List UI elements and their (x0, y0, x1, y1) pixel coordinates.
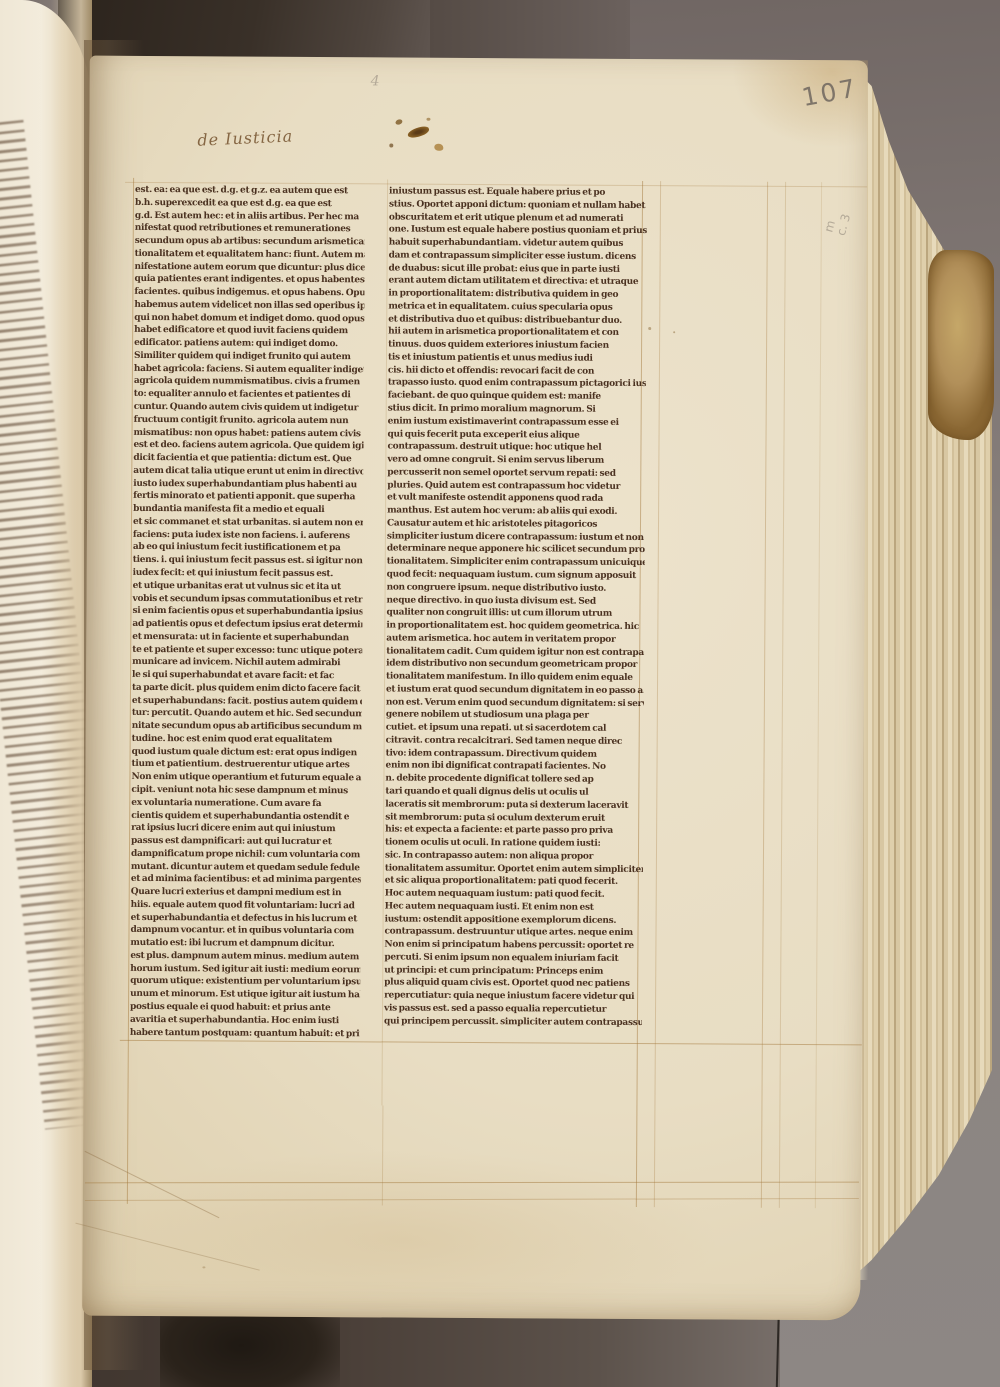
running-header: de Iusticia (197, 126, 294, 149)
ink-blot (407, 125, 431, 139)
parchment-speck (202, 1266, 205, 1268)
text-line: percusserit non semel oportet servum rep… (387, 466, 645, 480)
text-line: Quare lucri exterius et dampni medium es… (131, 886, 361, 900)
text-line: iniustum passus est. Equale habere prius… (389, 185, 647, 199)
text-line: percuti. Si enim ipsum non equalem iniur… (384, 951, 642, 965)
text-line: Hec autem nequaquam iusti. Et enim non e… (385, 900, 643, 914)
pencil-margin-note: m c. 3 (822, 209, 853, 237)
text-line: facientes. quibus indigemus. et opus hab… (134, 286, 364, 300)
text-line: ta parte dicit. plus quidem enim dicto f… (132, 682, 362, 696)
left-text-column: est. ea: ea que est. d.g. et g.z. ea aut… (130, 184, 365, 1041)
text-line: ad patientis opus et defectum ipsius era… (132, 618, 362, 632)
text-line: le si qui superhabundat et avare facit: … (132, 669, 362, 683)
text-line: est. ea: ea que est. d.g. et g.z. ea aut… (135, 184, 365, 198)
text-line: secundum opus ab artibus: secundum arism… (135, 235, 365, 249)
text-line: bundantia manifesta fit a medio et equal… (133, 503, 363, 517)
text-line: passus est dampnificari: aut qui lucratu… (131, 835, 361, 849)
text-line: et utique urbanitas erat ut vulnus sic e… (133, 580, 363, 594)
text-line: enim iustum existimaverint contrapassum … (388, 415, 646, 429)
verso-page-fade (0, 0, 92, 1387)
ruling-line-vertical (654, 181, 661, 1207)
text-line: nitate secundum opus ab artificibus secu… (132, 720, 362, 734)
text-line: quod fecit: nequaquam iustum. cum signum… (387, 568, 645, 582)
ink-blot (395, 118, 403, 125)
text-line: postius equale ei quod habuit: et prius … (130, 1001, 360, 1015)
text-line: tis et iniustum patientis et unus medius… (388, 351, 646, 365)
text-line: et mensurata: ut in faciente et superhab… (132, 631, 362, 645)
text-line: stius. Oportet apponi dictum: quoniam et… (389, 198, 647, 212)
text-line: tari quando et quali dignus delis ut ocu… (385, 785, 643, 799)
text-line: habemus autem videlicet non illas sed op… (134, 299, 364, 313)
text-line: stius dicit. In primo moralium magnorum.… (388, 402, 646, 416)
ink-blot (426, 118, 430, 121)
text-line: cuntur. Quando autem civis quidem ut ind… (134, 401, 364, 415)
pencil-quire-mark: 4 (371, 73, 380, 89)
text-line: qui principem percussit. simpliciter aut… (384, 1015, 642, 1029)
right-text-column: iniustum passus est. Equale habere prius… (384, 185, 647, 1042)
parchment-speck (673, 331, 675, 333)
text-line: iudex fecit: et qui iniustum fecit passu… (133, 567, 363, 581)
text-line: autem dicat talia utique erunt ut enim i… (133, 465, 363, 479)
text-line: Similiter quidem qui indiget frunito qui… (134, 350, 364, 364)
ruling-line-vertical (779, 182, 786, 1208)
text-line (384, 1028, 642, 1042)
text-line: metrica et in equalitatem. cuius specula… (388, 300, 646, 314)
text-line: et iustum erat quod secundum dignitatem … (386, 683, 644, 697)
text-line: cipit. veniunt nota hic sese dampnum et … (131, 784, 361, 798)
parchment-stain (122, 1136, 823, 1310)
text-line: tudine. hoc est enim quod erat equalitat… (132, 733, 362, 747)
text-line: habere tantum postquam: quantum habuit: … (130, 1026, 360, 1040)
text-line: vis passus est. sed a passo equalia repe… (384, 1002, 642, 1016)
text-line: fructuum contigit frunito. agricola aute… (134, 414, 364, 428)
ruling-line-vertical (761, 182, 768, 1208)
text-line: est plus. dampnum autem minus. medium au… (130, 950, 360, 964)
manuscript-photo: { "photo": { "page_number": "107", "runn… (0, 0, 1000, 1387)
text-line: autem arismetica. hoc autem in veritatem… (386, 632, 644, 646)
text-line: dicit facientia et que patientia: dictum… (133, 452, 363, 466)
text-line: dampnificatum prope nichil: cum voluntar… (131, 848, 361, 862)
text-line: Causatur autem et hic aristoteles pitago… (387, 517, 645, 531)
book-fore-edge (852, 60, 992, 1292)
fore-edge-stain (928, 250, 994, 440)
text-line: avaritia et superhabundantia. Hoc enim i… (130, 1014, 360, 1028)
text-line: in proportionalitatem est. hoc quidem ge… (386, 619, 644, 633)
ink-blot (389, 143, 393, 147)
ruling-line-vertical (815, 182, 822, 1208)
text-line: hiis. equale autem quod fit voluntariam:… (131, 899, 361, 913)
text-line: b.h. superexcedit ea que est d.g. ea que… (135, 197, 365, 211)
text-line: citravit. contra recalcitrari. Sed tamen… (386, 734, 644, 748)
text-line: non congruere ipsum. neque distributivo … (387, 581, 645, 595)
text-line: sic. In contrapasso autem: non aliqua pr… (385, 849, 643, 863)
text-line: dam et contrapassum simpliciter esse ius… (389, 249, 647, 263)
text-line: et sic commanet et stat urbanitas. si au… (133, 516, 363, 530)
parchment-speck (648, 327, 651, 330)
text-line: laceratis sit membrorum: puta si dexteru… (385, 798, 643, 812)
ink-blot (434, 144, 443, 151)
text-line: tionalitatem et equalitatem hanc: fiunt.… (135, 248, 365, 262)
text-line: ex voluntaria numeratione. Cum avare fa (131, 797, 361, 811)
recto-page: 4 de Iusticia 107 m c. 3 est. ea: ea que… (82, 56, 868, 1321)
